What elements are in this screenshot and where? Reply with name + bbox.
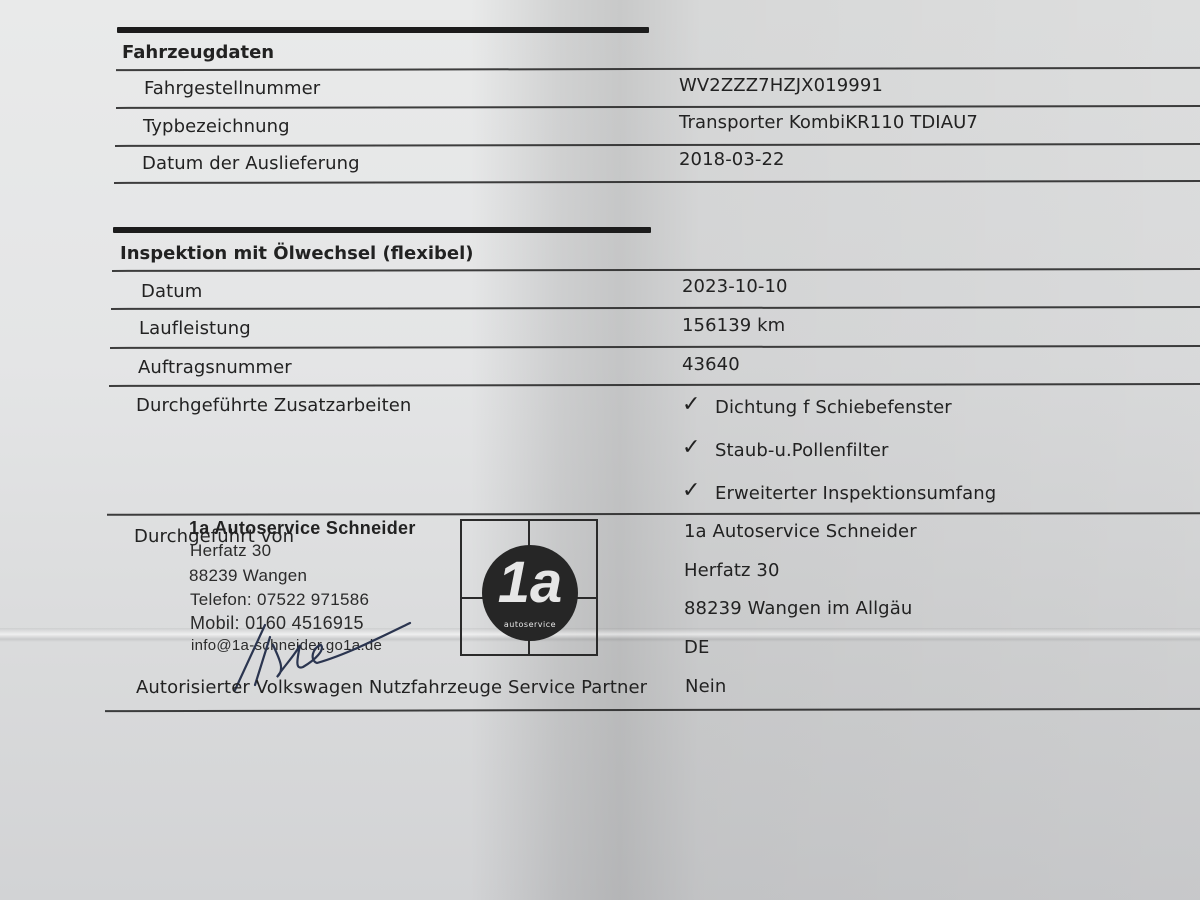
address-line: 1a Autoservice Schneider <box>684 521 917 542</box>
address-line: Herfatz 30 <box>684 560 780 581</box>
label-vin: Fahrgestellnummer <box>144 78 320 99</box>
extra-work-item: Staub-u.Pollenfilter <box>715 440 889 461</box>
checkmark-icon: ✓ <box>682 435 700 460</box>
label-type: Typbezeichnung <box>143 116 290 137</box>
row-divider <box>114 180 1200 184</box>
autoservice-logo: 1a autoservice <box>482 545 578 641</box>
section-title: Fahrzeugdaten <box>122 42 274 63</box>
value-order-number: 43640 <box>682 354 740 375</box>
label-authorized-partner: Autorisierter Volkswagen Nutzfahrzeuge S… <box>136 677 647 698</box>
row-divider <box>105 708 1200 712</box>
value-vin: WV2ZZZ7HZJX019991 <box>679 75 883 96</box>
label-date: Datum <box>141 281 202 302</box>
address-line: 88239 Wangen im Allgäu <box>684 598 912 619</box>
stamp-line: 88239 Wangen <box>189 566 307 586</box>
row-divider <box>116 67 1200 71</box>
row-divider <box>116 105 1200 109</box>
row-divider <box>115 143 1200 147</box>
paper-fold-crease <box>0 628 1200 642</box>
extra-work-item: Dichtung f Schiebefenster <box>715 397 952 418</box>
label-order-number: Auftragsnummer <box>138 357 292 378</box>
stamp-logo-frame: 1a autoservice <box>460 519 598 656</box>
value-date: 2023-10-10 <box>682 276 788 297</box>
section-top-rule <box>117 27 649 33</box>
row-divider <box>109 383 1200 387</box>
checkmark-icon: ✓ <box>682 392 700 417</box>
section-title: Inspektion mit Ölwechsel (flexibel) <box>120 243 474 264</box>
row-divider <box>110 345 1200 349</box>
label-extra-work: Durchgeführte Zusatzarbeiten <box>136 395 411 416</box>
label-delivery-date: Datum der Auslieferung <box>142 153 360 174</box>
address-line: DE <box>684 637 709 658</box>
label-mileage: Laufleistung <box>139 318 251 339</box>
section-top-rule <box>113 227 651 233</box>
stamp-line: Herfatz 30 <box>190 541 271 561</box>
logo-number: 1a <box>482 551 578 615</box>
checkmark-icon: ✓ <box>682 478 700 503</box>
row-divider <box>111 306 1200 310</box>
stamp-company-name: 1a Autoservice Schneider <box>189 518 416 539</box>
extra-work-item: Erweiterter Inspektionsumfang <box>715 483 996 504</box>
stamp-line: Telefon: 07522 971586 <box>190 590 369 610</box>
logo-subtitle: autoservice <box>482 620 578 629</box>
row-divider <box>112 268 1200 272</box>
value-authorized-partner: Nein <box>685 676 726 697</box>
value-type: Transporter KombiKR110 TDIAU7 <box>679 112 978 133</box>
row-divider <box>107 512 1200 516</box>
value-delivery-date: 2018-03-22 <box>679 149 785 170</box>
value-mileage: 156139 km <box>682 315 785 336</box>
